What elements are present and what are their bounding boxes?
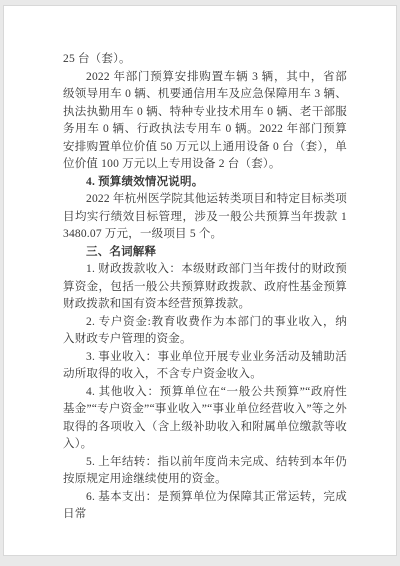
paragraph-vehicle-purchase-budget: 2022 年部门预算安排购置车辆 3 辆，其中，省部级领导用车 0 辆、机要通信… — [63, 69, 347, 174]
paragraph-performance-management: 2022 年杭州医学院其他运转类项目和特定目标类项目均实行绩效目标管理，涉及一般… — [63, 191, 347, 244]
paragraph-definition-other-income: 4. 其他收入：预算单位在“一般公共预算”“政府性基金”“专户资金”“事业收入”… — [63, 384, 347, 454]
paragraph-definition-operational-income: 3. 事业收入：事业单位开展专业业务活动及辅助活动所取得的收入，不含专户资金收入… — [63, 349, 347, 384]
paragraph-definition-special-account-funds: 2. 专户资金:教育收费作为本部门的事业收入，纳入财政专户管理的资金。 — [63, 314, 347, 349]
subheading-budget-performance: 4. 预算绩效情况说明。 — [63, 174, 347, 192]
document-page: 25 台（套）。 2022 年部门预算安排购置车辆 3 辆，其中，省部级领导用车… — [3, 5, 397, 556]
paragraph-equipment-count-continuation: 25 台（套）。 — [63, 51, 347, 69]
document-viewer: { "colors": { "canvas_background": "#e9e… — [0, 0, 400, 566]
paragraph-definition-carryover-funds: 5. 上年结转：指以前年度尚未完成、结转到本年仍按原规定用途继续使用的资金。 — [63, 454, 347, 489]
paragraph-definition-fiscal-appropriation-income: 1. 财政拨款收入：本级财政部门当年拨付的财政预算资金，包括一般公共预算财政拨款… — [63, 261, 347, 314]
page-content: 25 台（套）。 2022 年部门预算安排购置车辆 3 辆，其中，省部级领导用车… — [63, 51, 347, 524]
paragraph-definition-basic-expenditure: 6. 基本支出：是预算单位为保障其正常运转，完成日常 — [63, 489, 347, 524]
heading-glossary: 三、名词解释 — [63, 244, 347, 262]
